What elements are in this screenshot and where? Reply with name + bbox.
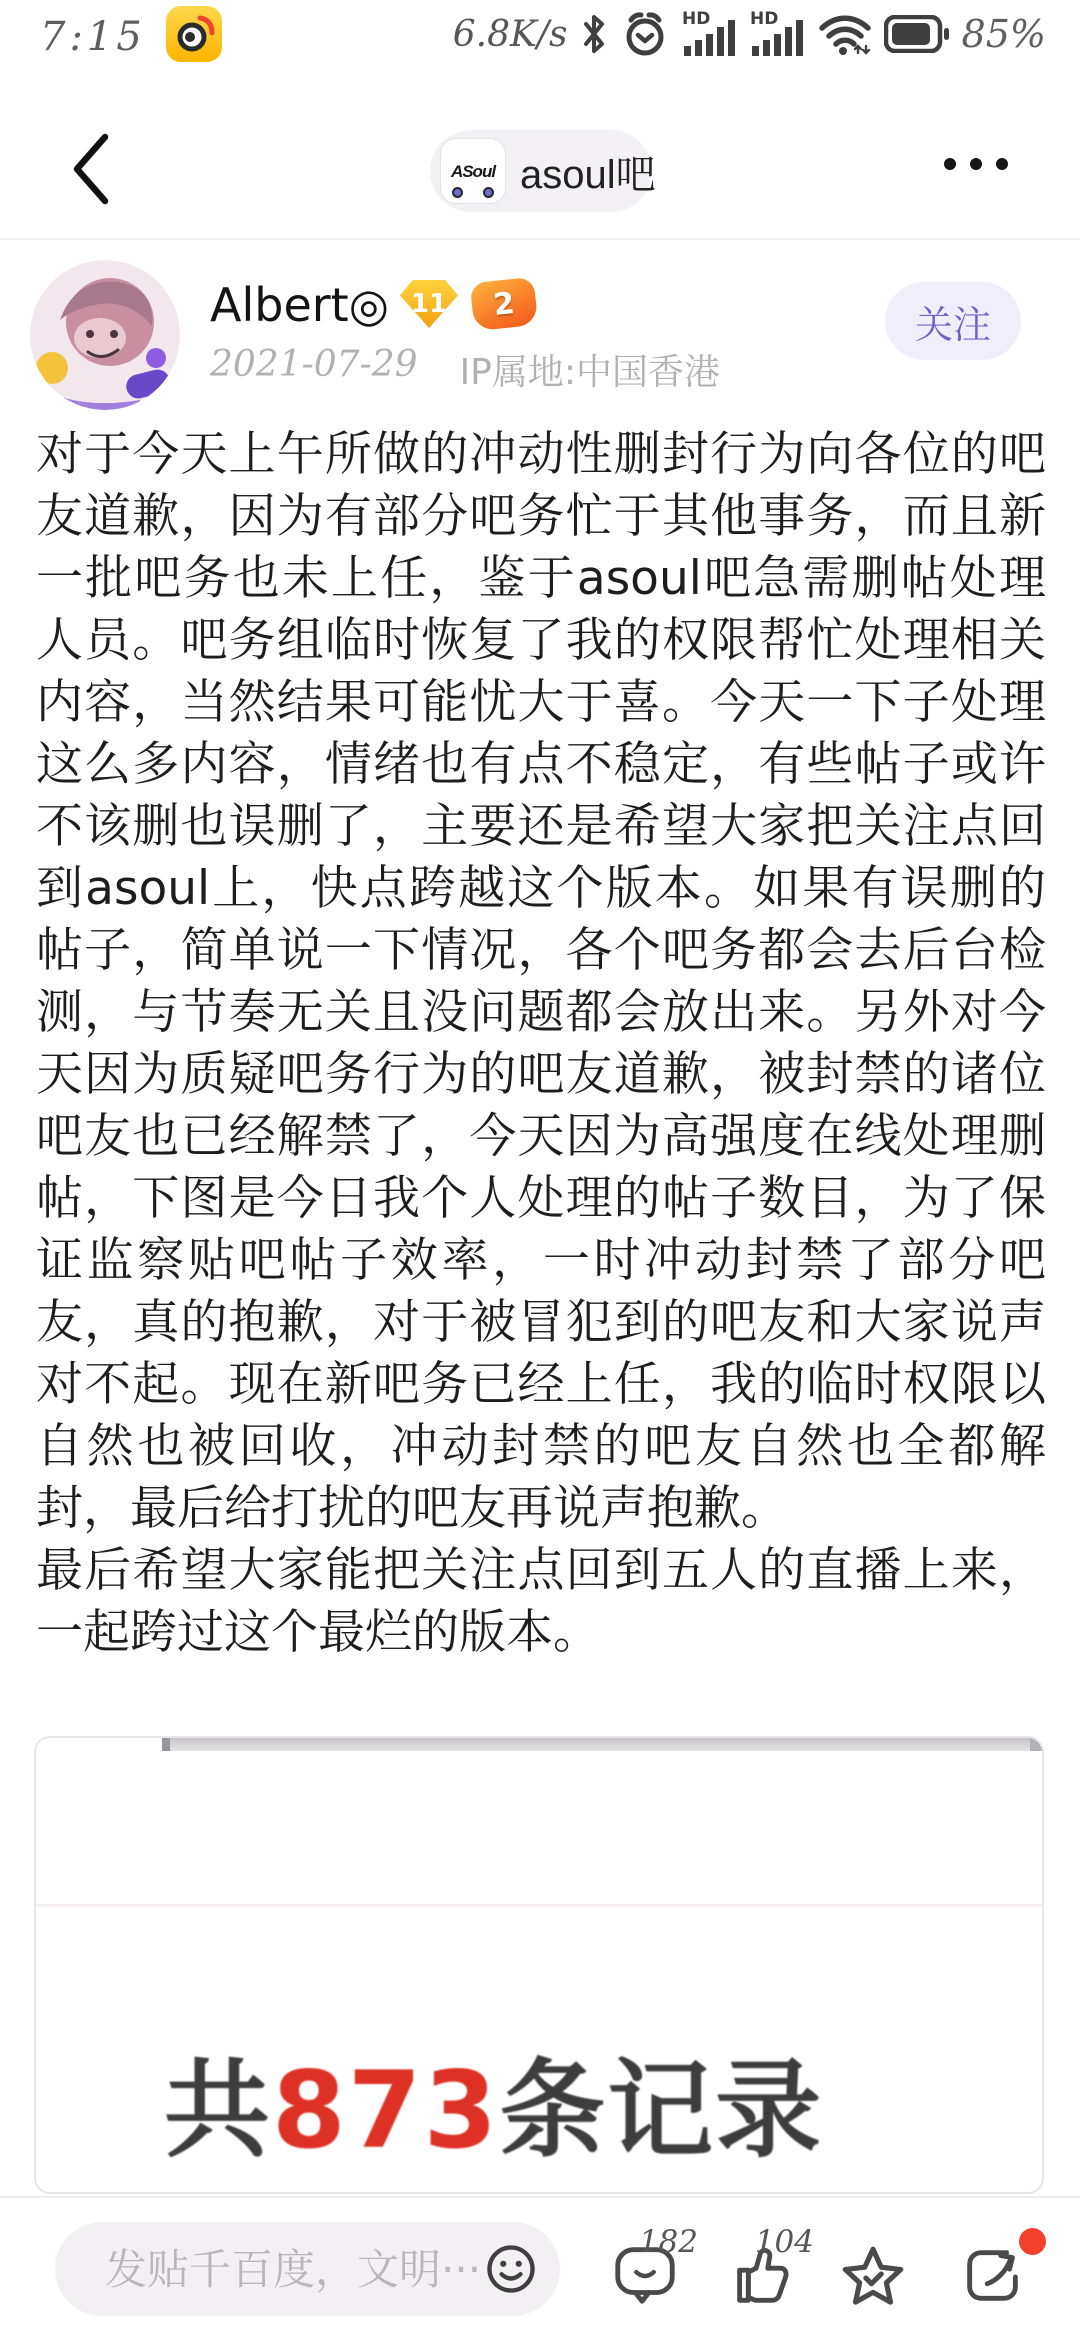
clock-time: 7:15 — [40, 14, 146, 60]
share-compose-icon — [958, 2240, 1028, 2310]
bottom-bar: 182 104 — [0, 2196, 1080, 2340]
logo-wheel-icon — [452, 187, 463, 198]
forum-logo-text: ASoul — [451, 163, 495, 180]
logo-wheel-icon — [483, 187, 494, 198]
star-icon — [836, 2240, 910, 2314]
network-speed: 6.8K/s — [453, 14, 568, 55]
reply-input[interactable] — [103, 2244, 480, 2295]
status-bar-right: 6.8K/s HD HD — [453, 6, 1046, 62]
scrollbar-cap — [162, 1738, 170, 1751]
divider — [0, 238, 1080, 240]
status-bar: 7:15 6.8K/s HD — [0, 0, 1080, 66]
svg-text:HD: HD — [750, 10, 778, 29]
comment-count: 182 — [639, 2224, 698, 2260]
forum-avatar: ASoul — [440, 138, 506, 204]
ip-location: IP属地:中国香港 — [460, 344, 720, 395]
level-badge: 11 — [400, 280, 458, 328]
more-menu-button[interactable] — [944, 158, 1008, 170]
forum-name: asoul吧 — [520, 143, 656, 200]
post-paragraph: 最后希望大家能把关注点回到五人的直播上来，一起跨过这个最烂的版本。 — [36, 1540, 1046, 1664]
post-paragraph: 对于今天上午所做的冲动性删封行为向各位的吧友道歉，因为有部分吧务忙于其他事务，而… — [36, 424, 1046, 1540]
weibo-icon — [166, 6, 222, 62]
battery-percent: 85% — [962, 12, 1046, 56]
alarm-icon — [620, 10, 670, 58]
screen: 7:15 6.8K/s HD — [0, 0, 1080, 2340]
record-suffix: 条记录 — [499, 2049, 823, 2172]
back-button[interactable] — [56, 128, 126, 212]
record-prefix: 共 — [164, 2049, 272, 2172]
medal-badge: 2 — [470, 277, 539, 331]
image-scrollbar — [162, 1738, 1030, 1751]
share-button[interactable] — [944, 2198, 1048, 2340]
hd-signal-icon: HD — [682, 10, 738, 58]
nav-bar: ASoul asoul吧 — [0, 100, 1080, 238]
post-actions: 182 104 — [596, 2198, 1048, 2340]
post-meta: 2021-07-29 IP属地:中国香港 — [210, 344, 720, 395]
reply-input-pill[interactable] — [55, 2222, 560, 2316]
hd-signal-icon: HD — [750, 10, 806, 58]
kebab-dot-icon — [944, 158, 956, 170]
follow-button[interactable]: 关注 — [885, 282, 1021, 360]
chevron-left-icon — [63, 129, 119, 209]
image-divider — [36, 1904, 1042, 1907]
attached-image[interactable]: 共873条记录 — [34, 1736, 1044, 2194]
record-number: 873 — [272, 2049, 499, 2172]
forum-pill[interactable]: ASoul asoul吧 — [430, 130, 652, 212]
author-avatar[interactable] — [30, 260, 180, 410]
kebab-dot-icon — [996, 158, 1008, 170]
emoji-icon[interactable] — [480, 2238, 542, 2300]
author-name[interactable]: Albert◎ — [210, 278, 389, 332]
post-date: 2021-07-29 — [210, 344, 418, 395]
record-count-text: 共873条记录 — [164, 2026, 823, 2178]
kebab-dot-icon — [970, 158, 982, 170]
favorite-button[interactable] — [828, 2198, 932, 2340]
comment-button[interactable]: 182 — [596, 2198, 700, 2340]
post-body: 对于今天上午所做的冲动性删封行为向各位的吧友道歉，因为有部分吧务忙于其他事务，而… — [36, 424, 1046, 1730]
wifi-icon — [818, 11, 872, 57]
battery-icon — [884, 15, 950, 53]
bluetooth-icon — [580, 10, 608, 58]
svg-text:HD: HD — [682, 10, 710, 29]
notification-dot — [1019, 2228, 1046, 2255]
like-count: 104 — [755, 2224, 814, 2260]
like-button[interactable]: 104 — [712, 2198, 816, 2340]
post-header: Albert◎ 11 2 2021-07-29 IP属地:中国香港 关注 — [0, 256, 1080, 406]
scrollbar-cap — [1030, 1738, 1044, 1751]
